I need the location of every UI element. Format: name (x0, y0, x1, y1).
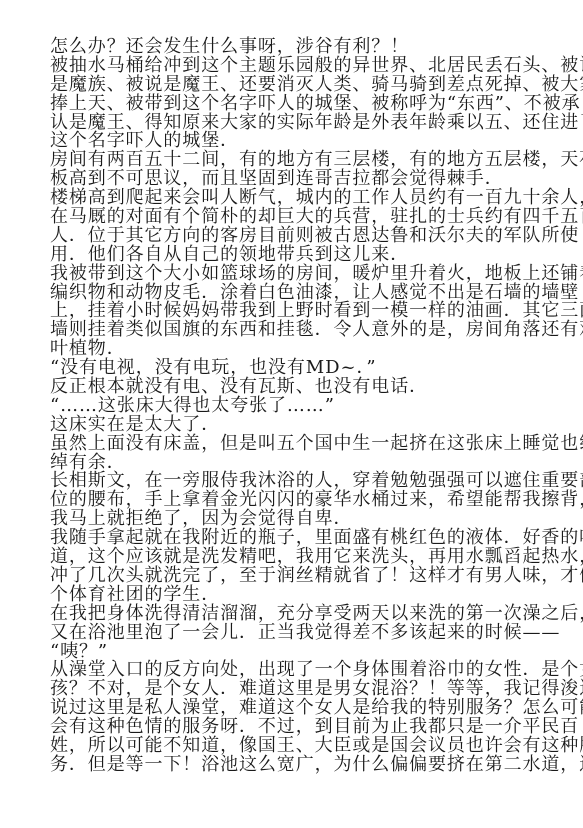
text-line: 捧上天、被带到这个名字吓人的城堡、被称呼为“东西”、不被承 (50, 95, 530, 114)
text-line: 人．位于其它方向的客房目前则被古恩达鲁和沃尔夫的军队所使 (50, 227, 530, 246)
text-line: “……这张床大得也太夸张了……” (50, 397, 530, 416)
text-line: 用．他们各自从自己的领地带兵到这儿来． (50, 246, 530, 265)
text-line: 冲了几次头就洗完了，至于润丝精就省了！这样才有男人味，才像 (50, 567, 530, 586)
document-page: 怎么办？还会发生什么事呀，涉谷有利？！ 被抽水马桶给冲到这个主题乐园般的异世界、… (50, 38, 530, 775)
text-line: 是魔族、被说是魔王、还要消灭人类、骑马骑到差点死掉、被大家 (50, 76, 530, 95)
text-line: 在我把身体洗得清洁溜溜，充分享受两天以来洗的第一次澡之后， (50, 605, 530, 624)
text-line: 我被带到这个大小如篮球场的房间，暖炉里升着火，地板上还铺着 (50, 265, 530, 284)
text-line: 个体育社团的学生． (50, 586, 530, 605)
text-line: 姓，所以可能不知道，像国王、大臣或是国会议员也许会有这种服 (50, 737, 530, 756)
text-line: 被抽水马桶给冲到这个主题乐园般的异世界、北居民丢石头、被说 (50, 57, 530, 76)
text-line: 务．但是等一下！浴池这么宽广，为什么偏偏要挤在第二水道，还 (50, 756, 530, 775)
text-line: 虽然上面没有床盖，但是叫五个国中生一起挤在这张床上睡觉也绰 (50, 435, 530, 454)
text-line: 这床实在是太大了． (50, 416, 530, 435)
text-line: 又在浴池里泡了一会儿．正当我觉得差不多该起来的时候—— (50, 624, 530, 643)
